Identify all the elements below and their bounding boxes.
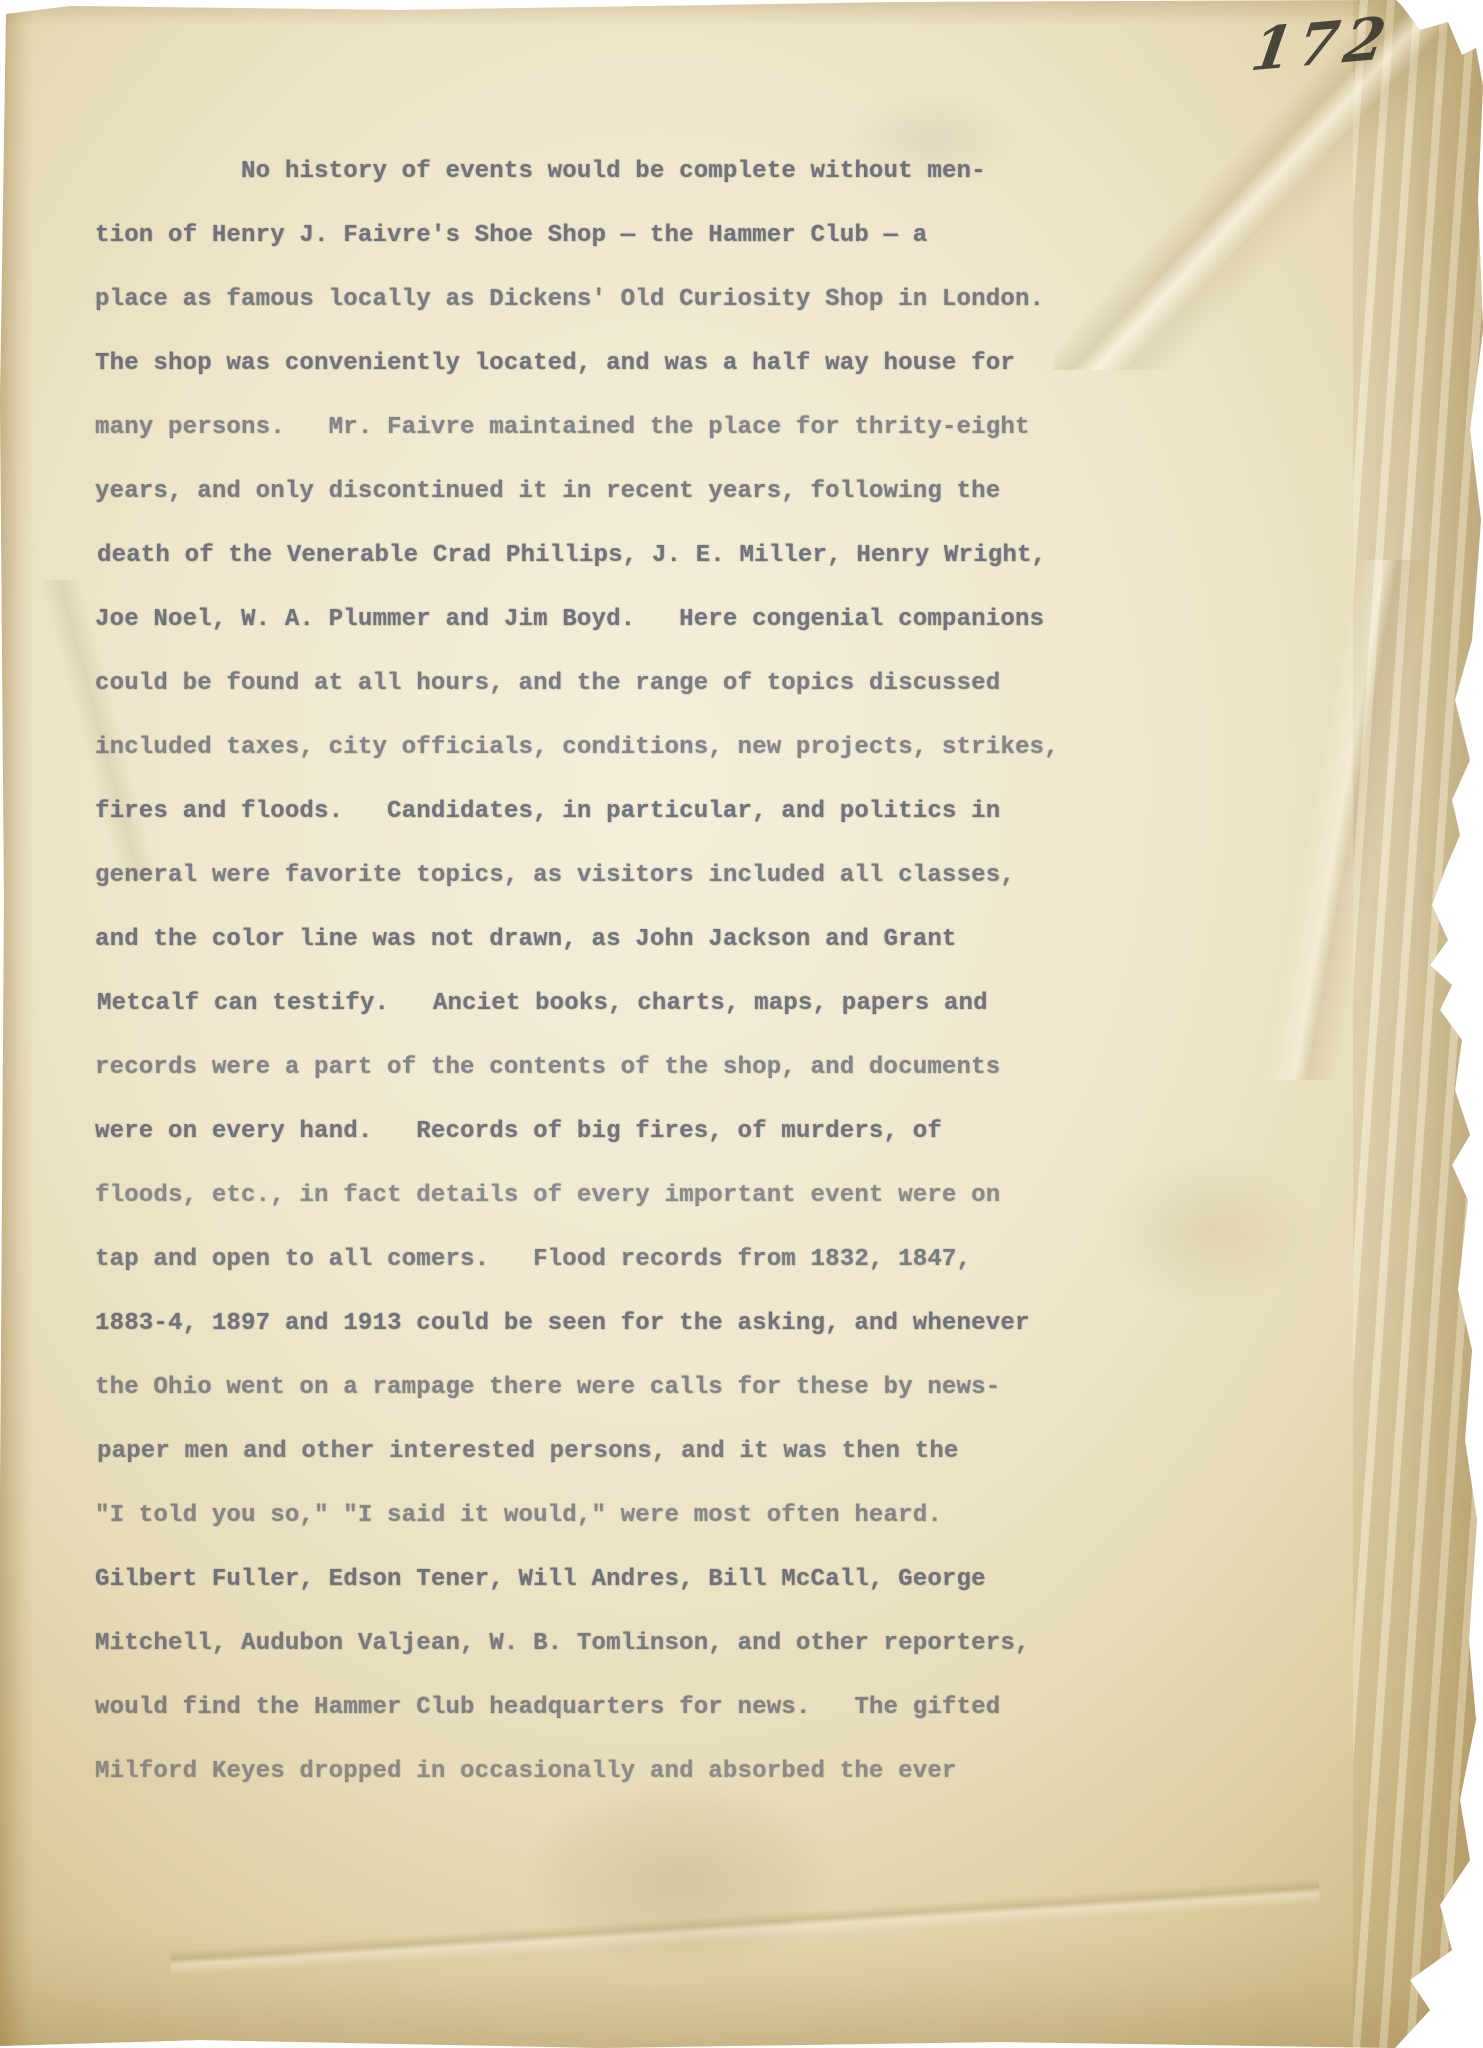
text-line: general were favorite topics, as visitor… [95, 844, 1105, 908]
text-line: records were a part of the contents of t… [95, 1036, 1105, 1100]
text-line: No history of events would be complete w… [95, 140, 1105, 204]
text-line: tap and open to all comers. Flood record… [95, 1228, 1105, 1292]
text-line: The shop was conveniently located, and w… [95, 332, 1105, 396]
text-line: Mitchell, Audubon Valjean, W. B. Tomlins… [95, 1612, 1105, 1676]
text-line: could be found at all hours, and the ran… [95, 652, 1105, 716]
paper-worn-left-edge [0, 0, 34, 2048]
text-line: death of the Venerable Crad Phillips, J.… [97, 524, 1107, 588]
text-line: would find the Hammer Club headquarters … [95, 1676, 1105, 1740]
text-line: Milford Keyes dropped in occasionally an… [95, 1740, 1105, 1804]
paper-crease-mid-right [1223, 560, 1463, 1080]
text-line: "I told you so," "I said it would," were… [95, 1484, 1105, 1548]
text-line: the Ohio went on a rampage there were ca… [95, 1356, 1105, 1420]
text-line: and the color line was not drawn, as Joh… [95, 908, 1105, 972]
page-number-handwritten: 172 [1247, 3, 1397, 84]
typewritten-body: No history of events would be complete w… [95, 140, 1105, 1804]
text-line: paper men and other interested persons, … [97, 1420, 1107, 1484]
scanned-document-page: 172 No history of events would be comple… [0, 0, 1483, 2048]
text-line: 1883-4, 1897 and 1913 could be seen for … [95, 1292, 1105, 1356]
text-line: place as famous locally as Dickens' Old … [95, 268, 1105, 332]
text-line: included taxes, city officials, conditio… [95, 716, 1105, 780]
paper-stain [1060, 1120, 1360, 1340]
text-line: Metcalf can testify. Anciet books, chart… [97, 972, 1107, 1036]
text-line: tion of Henry J. Faivre's Shoe Shop — th… [95, 204, 1105, 268]
text-line: Gilbert Fuller, Edson Tener, Will Andres… [95, 1548, 1105, 1612]
text-line: were on every hand. Records of big fires… [95, 1100, 1105, 1164]
text-line: Joe Noel, W. A. Plummer and Jim Boyd. He… [95, 588, 1105, 652]
paper-sheet: 172 No history of events would be comple… [0, 0, 1483, 2048]
text-line: many persons. Mr. Faivre maintained the … [95, 396, 1105, 460]
text-line: floods, etc., in fact details of every i… [95, 1164, 1105, 1228]
text-line: years, and only discontinued it in recen… [95, 460, 1105, 524]
text-line: fires and floods. Candidates, in particu… [95, 780, 1105, 844]
